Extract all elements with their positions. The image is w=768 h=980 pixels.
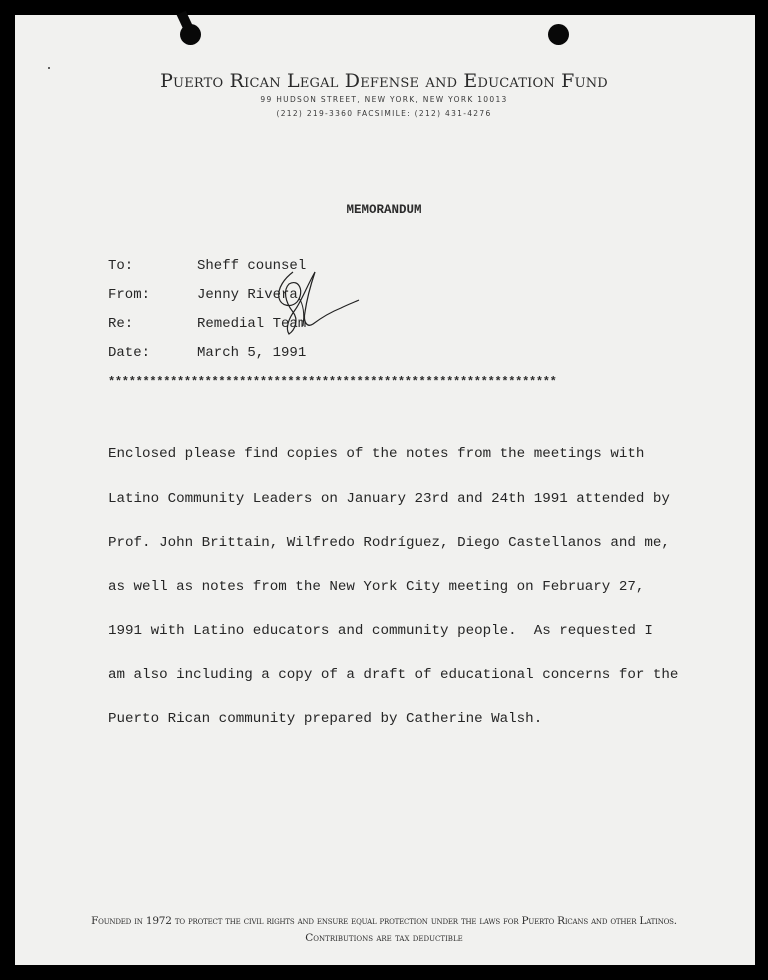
body-line: Prof. John Brittain, Wilfredo Rodríguez,… — [108, 536, 683, 551]
body-line: Puerto Rican community prepared by Cathe… — [108, 712, 683, 727]
body-line: as well as notes from the New York City … — [108, 580, 683, 595]
field-label: From: — [108, 287, 150, 303]
field-value: March 5, 1991 — [197, 345, 306, 361]
punch-hole-right — [548, 24, 569, 45]
punch-hole-left — [180, 24, 201, 45]
body-line: Latino Community Leaders on January 23rd… — [108, 492, 683, 507]
handwritten-signature — [255, 268, 365, 343]
footer-tax-note: Contributions are tax deductible — [0, 932, 768, 944]
body-line: Enclosed please find copies of the notes… — [108, 447, 683, 462]
footer-mission: Founded in 1972 to protect the civil rig… — [0, 915, 768, 927]
separator-rule: ****************************************… — [108, 375, 678, 389]
body-line: am also including a copy of a draft of e… — [108, 668, 683, 683]
memo-heading: MEMORANDUM — [0, 203, 768, 217]
paper-speck — [48, 67, 50, 69]
field-label: To: — [108, 258, 133, 274]
memo-body: Enclosed please find copies of the notes… — [108, 418, 683, 741]
field-label: Date: — [108, 345, 150, 361]
letterhead-address: 99 Hudson Street, New York, New York 100… — [0, 95, 768, 104]
letterhead-phone-fax: (212) 219-3360 Facsimile: (212) 431-4276 — [0, 109, 768, 118]
letterhead-organization: Puerto Rican Legal Defense and Education… — [0, 70, 768, 92]
body-line: 1991 with Latino educators and community… — [108, 624, 683, 639]
field-label: Re: — [108, 316, 133, 332]
